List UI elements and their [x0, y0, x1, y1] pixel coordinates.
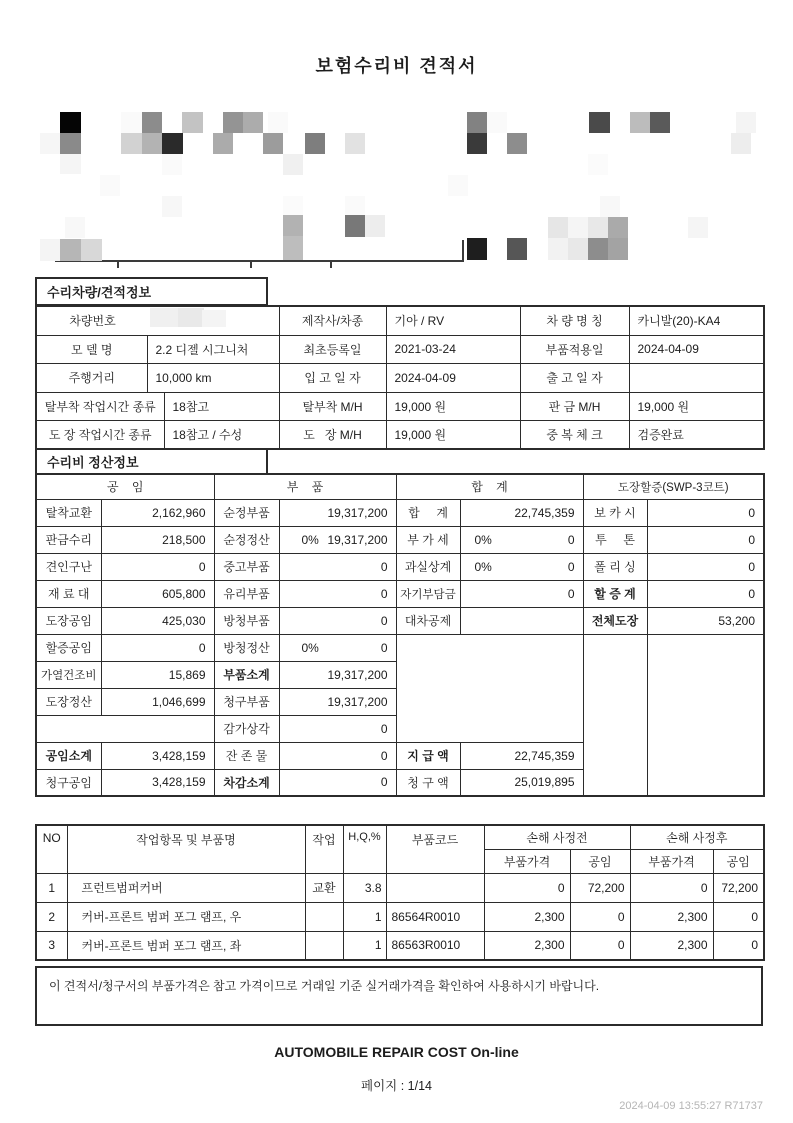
cell-item-name: 커버-프론트 범퍼 포그 램프, 좌: [67, 931, 305, 960]
table-row: NO 작업항목 및 부품명 작업 H,Q,% 부품코드 손해 사정전 손해 사정…: [36, 825, 764, 849]
cell-label: 입 고 일 자: [279, 363, 386, 392]
cell-value: 0: [647, 553, 764, 580]
table-row: 할증공임 0 방청정산 0%0: [36, 634, 764, 661]
cell-part-code: [386, 873, 484, 902]
table-row: 탈착교환 2,162,960 순정부품 19,317,200 합 계 22,74…: [36, 499, 764, 526]
column-header-hq: H,Q,%: [343, 825, 386, 873]
cell-value-text: 0: [568, 560, 575, 574]
cell-label-text: 차량번호: [37, 312, 148, 329]
merged-empty-cell: [647, 634, 764, 796]
merged-empty-cell: [396, 634, 583, 742]
redaction-block: [60, 239, 81, 261]
column-header-item: 작업항목 및 부품명: [67, 825, 305, 873]
redaction-block: [736, 112, 756, 133]
cell-label: 도 장 M/H: [279, 420, 386, 449]
redaction-block: [608, 217, 628, 238]
cell-work-type: 교환: [305, 873, 343, 902]
cell-label: 폴 리 싱: [583, 553, 647, 580]
cell-value: 0: [647, 499, 764, 526]
redaction-block: [283, 236, 303, 260]
column-header-part-price: 부품가격: [484, 849, 570, 873]
redaction-block: [630, 112, 650, 133]
cell-label: 도장공임: [36, 607, 101, 634]
cell-value: 218,500: [101, 526, 214, 553]
cell-part-code: 86564R0010: [386, 902, 484, 931]
redaction-block: [467, 133, 487, 154]
column-group-parts: 부 품: [214, 474, 396, 499]
brand-line: AUTOMOBILE REPAIR COST On-line: [0, 1044, 793, 1060]
page-number: 페이지 : 1/14: [0, 1076, 793, 1094]
cell-value: 0%0: [460, 553, 583, 580]
table-row: 도장공임 425,030 방청부품 0 대차공제 전체도장 53,200: [36, 607, 764, 634]
table-row: 견인구난 0 중고부품 0 과실상계 0%0 폴 리 싱 0: [36, 553, 764, 580]
redaction-line-tick: [330, 261, 332, 268]
redaction-block: [283, 215, 303, 236]
cell-no: 1: [36, 873, 67, 902]
redaction-block: [243, 112, 263, 133]
cell-label: 방청부품: [214, 607, 279, 634]
redaction-block: [467, 238, 487, 260]
redaction-block: [65, 217, 85, 238]
cell-value: 0: [279, 715, 396, 742]
redaction-block: [568, 217, 588, 238]
cell-value: 3,428,159: [101, 769, 214, 796]
cell-label: 재 료 대: [36, 580, 101, 607]
redaction-block: [345, 133, 365, 154]
cell-part-price-after: 0: [630, 873, 713, 902]
cell-label: 방청정산: [214, 634, 279, 661]
cell-labor-before: 0: [570, 931, 630, 960]
table-row: 2 커버-프론트 범퍼 포그 램프, 우 1 86564R0010 2,300 …: [36, 902, 764, 931]
cell-value: 15,869: [101, 661, 214, 688]
cell-value: 605,800: [101, 580, 214, 607]
cell-label: 탈부착 M/H: [279, 392, 386, 420]
redaction-block: [40, 133, 60, 154]
cell-work-type: [305, 931, 343, 960]
table-row: 주행거리 10,000 km 입 고 일 자 2024-04-09 출 고 일 …: [36, 363, 764, 392]
redaction-block: [263, 133, 283, 154]
cell-value: 2,162,960: [101, 499, 214, 526]
cell-value: 425,030: [101, 607, 214, 634]
cell-label: 출 고 일 자: [520, 363, 629, 392]
cell-label: 도 장 작업시간 종류: [36, 420, 164, 449]
column-header-work: 작업: [305, 825, 343, 873]
cell-value: 18참고: [164, 392, 279, 420]
redaction-block: [40, 239, 60, 261]
cell-label: 잔 존 물: [214, 742, 279, 769]
cell-value: 2024-04-09: [629, 335, 764, 363]
redaction-block: [162, 154, 182, 175]
cell-part-price-before: 2,300: [484, 931, 570, 960]
cell-item-name: 프런트범퍼커버: [67, 873, 305, 902]
cell-label: 차감소계: [214, 769, 279, 796]
cell-value: 카니발(20)-KA4: [629, 306, 764, 335]
redaction-block: [60, 112, 81, 133]
timestamp: 2024-04-09 13:55:27 R71737: [0, 1100, 763, 1112]
redaction-block: [202, 310, 226, 327]
cell-label: 최초등록일: [279, 335, 386, 363]
cell-value: 19,317,200: [279, 688, 396, 715]
percent-value: 0%: [475, 533, 492, 547]
redaction-block: [487, 112, 507, 133]
cell-label: 유리부품: [214, 580, 279, 607]
table-row: 모 델 명 2.2 디젤 시그니처 최초등록일 2021-03-24 부품적용일…: [36, 335, 764, 363]
cell-label: 차 량 명 칭: [520, 306, 629, 335]
redaction-block: [650, 112, 670, 133]
cell-label: 주행거리: [36, 363, 147, 392]
cell-value: 0: [647, 580, 764, 607]
redaction-block: [305, 133, 325, 154]
redaction-block: [345, 215, 365, 237]
redaction-block: [162, 133, 183, 154]
redaction-block: [548, 238, 568, 260]
table-row: 차량번호 제작사/차종 기아 / RV 차 량 명 칭 카니발(20)-KA4: [36, 306, 764, 335]
redaction-block: [121, 133, 142, 154]
cell-label: 중 복 체 크: [520, 420, 629, 449]
notice-text: 이 견적서/청구서의 부품가격은 참고 가격이므로 거래일 기준 실거래가격을 …: [49, 979, 599, 993]
cell-label: 부품소계: [214, 661, 279, 688]
redaction-block: [588, 154, 608, 175]
cell-label: 모 델 명: [36, 335, 147, 363]
cell-value-text: 0: [568, 533, 575, 547]
redaction-block: [608, 238, 628, 260]
cell-label: 공임소계: [36, 742, 101, 769]
cell-value: 0: [101, 553, 214, 580]
redaction-block: [223, 112, 243, 133]
cell-value: 2024-04-09: [386, 363, 520, 392]
table-row: 3 커버-프론트 범퍼 포그 램프, 좌 1 86563R0010 2,300 …: [36, 931, 764, 960]
cell-label: 견인구난: [36, 553, 101, 580]
cell-hq: 1: [343, 902, 386, 931]
cell-value: 22,745,359: [460, 499, 583, 526]
redaction-line-tick: [462, 240, 464, 262]
cell-labor-before: 0: [570, 902, 630, 931]
redaction-block: [150, 308, 180, 327]
column-header-labor: 공임: [713, 849, 764, 873]
table-row: 탈부착 작업시간 종류 18참고 탈부착 M/H 19,000 원 판 금 M/…: [36, 392, 764, 420]
cell-value-text: 19,317,200: [327, 533, 387, 547]
redaction-block: [268, 112, 288, 133]
cell-value: 0%0: [460, 526, 583, 553]
redaction-block: [213, 133, 233, 154]
redaction-block: [142, 112, 162, 133]
cell-value: 0: [460, 580, 583, 607]
column-header-no: NO: [36, 825, 67, 873]
table-row: 도 장 작업시간 종류 18참고 / 수성 도 장 M/H 19,000 원 중…: [36, 420, 764, 449]
redaction-block: [548, 217, 568, 238]
redaction-block: [283, 154, 303, 175]
estimate-document-page: 보험수리비 견적서 수리차량/견적정보 차량번호 제작사/차종 기아 / RV …: [0, 0, 793, 1123]
redaction-block: [142, 133, 162, 154]
cell-label: 대차공제: [396, 607, 460, 634]
cell-value: 0: [279, 742, 396, 769]
section-tab-vehicle-info: 수리차량/견적정보: [35, 277, 268, 306]
cell-value: 0: [279, 580, 396, 607]
cell-label: 순정정산: [214, 526, 279, 553]
cell-label: 감가상각: [214, 715, 279, 742]
cell-label: 순정부품: [214, 499, 279, 526]
table-row: 재 료 대 605,800 유리부품 0 자기부담금 0 할 증 계 0: [36, 580, 764, 607]
redaction-block: [588, 217, 608, 238]
cell-value: 기아 / RV: [386, 306, 520, 335]
cell-value: 0%0: [279, 634, 396, 661]
page-title: 보험수리비 견적서: [0, 52, 793, 78]
redaction-block: [60, 133, 81, 154]
cell-value: 0: [279, 553, 396, 580]
column-group-labor: 공 임: [36, 474, 214, 499]
cell-value: 2021-03-24: [386, 335, 520, 363]
redaction-block: [507, 238, 527, 260]
cell-value: 19,317,200: [279, 661, 396, 688]
cell-label: 판 금 M/H: [520, 392, 629, 420]
column-group-total: 합 계: [396, 474, 583, 499]
redaction-block: [60, 154, 81, 174]
cell-label: 중고부품: [214, 553, 279, 580]
redaction-block: [162, 196, 182, 217]
cell-value: 0: [279, 607, 396, 634]
cell-labor-after: 72,200: [713, 873, 764, 902]
redaction-line-tick: [117, 261, 119, 268]
cell-label: 보 카 시: [583, 499, 647, 526]
redaction-block: [121, 112, 142, 133]
redaction-block: [100, 175, 120, 196]
table-row: 1 프런트범퍼커버 교환 3.8 0 72,200 0 72,200: [36, 873, 764, 902]
cell-value: [629, 363, 764, 392]
settlement-table: 공 임 부 품 합 계 도장할증(SWP-3코트) 탈착교환 2,162,960…: [35, 473, 765, 797]
cell-part-price-before: 0: [484, 873, 570, 902]
redaction-block: [588, 238, 608, 260]
cell-part-price-after: 2,300: [630, 902, 713, 931]
redaction-line-tick: [250, 261, 252, 268]
redaction-block: [182, 112, 203, 133]
redaction-block: [283, 196, 303, 217]
cell-hq: 3.8: [343, 873, 386, 902]
percent-value: 0%: [302, 641, 319, 655]
cell-value: 2.2 디젤 시그니처: [147, 335, 279, 363]
cell-value: 10,000 km: [147, 363, 279, 392]
cell-value: 19,317,200: [279, 499, 396, 526]
redaction-block: [448, 175, 468, 196]
column-header-part-price: 부품가격: [630, 849, 713, 873]
cell-label: 할증공임: [36, 634, 101, 661]
redaction-block: [178, 308, 204, 327]
cell-value: 0%19,317,200: [279, 526, 396, 553]
cell-value: 19,000 원: [386, 420, 520, 449]
cell-value: 검증완료: [629, 420, 764, 449]
column-group-after-assessment: 손해 사정후: [630, 825, 764, 849]
redaction-block: [345, 196, 365, 217]
redaction-block: [81, 239, 102, 261]
cell-part-price-after: 2,300: [630, 931, 713, 960]
vehicle-info-table: 차량번호 제작사/차종 기아 / RV 차 량 명 칭 카니발(20)-KA4 …: [35, 305, 765, 450]
cell-value: 18참고 / 수성: [164, 420, 279, 449]
cell-label: 청구공임: [36, 769, 101, 796]
cell-part-code: 86563R0010: [386, 931, 484, 960]
redaction-block: [568, 238, 588, 260]
cell-value: 22,745,359: [460, 742, 583, 769]
redaction-block: [467, 112, 487, 133]
cell-label: 자기부담금: [396, 580, 460, 607]
cell-label: 할 증 계: [583, 580, 647, 607]
notice-box: 이 견적서/청구서의 부품가격은 참고 가격이므로 거래일 기준 실거래가격을 …: [35, 966, 763, 1026]
cell-label: 지 급 액: [396, 742, 460, 769]
merged-empty-cell: [583, 634, 647, 796]
cell-label: 과실상계: [396, 553, 460, 580]
redaction-block: [507, 133, 527, 154]
cell-label: 가열건조비: [36, 661, 101, 688]
cell-value: 0: [647, 526, 764, 553]
column-header-partcode: 부품코드: [386, 825, 484, 873]
merged-empty-cell: [36, 715, 214, 742]
cell-value-text: 0: [381, 641, 388, 655]
cell-work-type: [305, 902, 343, 931]
cell-value: 25,019,895: [460, 769, 583, 796]
cell-labor-after: 0: [713, 902, 764, 931]
cell-no: 3: [36, 931, 67, 960]
cell-value: 0: [279, 769, 396, 796]
redaction-block: [365, 215, 385, 237]
cell-value: 3,428,159: [101, 742, 214, 769]
cell-label: 부품적용일: [520, 335, 629, 363]
percent-value: 0%: [302, 533, 319, 547]
redaction-block: [600, 196, 620, 217]
cell-no: 2: [36, 902, 67, 931]
column-group-before-assessment: 손해 사정전: [484, 825, 630, 849]
cell-value: 0: [101, 634, 214, 661]
redaction-block: [688, 217, 708, 238]
table-row: 공 임 부 품 합 계 도장할증(SWP-3코트): [36, 474, 764, 499]
cell-item-name: 커버-프론트 범퍼 포그 램프, 우: [67, 902, 305, 931]
cell-label: 도장정산: [36, 688, 101, 715]
work-items-table: NO 작업항목 및 부품명 작업 H,Q,% 부품코드 손해 사정전 손해 사정…: [35, 824, 765, 961]
cell-value: 53,200: [647, 607, 764, 634]
cell-label: 탈부착 작업시간 종류: [36, 392, 164, 420]
cell-labor-after: 0: [713, 931, 764, 960]
cell-label: 제작사/차종: [279, 306, 386, 335]
cell-label: 합 계: [396, 499, 460, 526]
cell-label: 부 가 세: [396, 526, 460, 553]
percent-value: 0%: [475, 560, 492, 574]
cell-value: [460, 607, 583, 634]
redaction-block: [589, 112, 610, 133]
column-group-paint: 도장할증(SWP-3코트): [583, 474, 764, 499]
cell-value: 19,000 원: [386, 392, 520, 420]
cell-label: 전체도장: [583, 607, 647, 634]
cell-value: 1,046,699: [101, 688, 214, 715]
cell-label: 탈착교환: [36, 499, 101, 526]
cell-label: 투 톤: [583, 526, 647, 553]
cell-part-price-before: 2,300: [484, 902, 570, 931]
redaction-block: [731, 133, 751, 154]
cell-labor-before: 72,200: [570, 873, 630, 902]
table-row: 판금수리 218,500 순정정산 0%19,317,200 부 가 세 0%0…: [36, 526, 764, 553]
column-header-labor: 공임: [570, 849, 630, 873]
cell-label: 판금수리: [36, 526, 101, 553]
cell-label: 청구부품: [214, 688, 279, 715]
cell-hq: 1: [343, 931, 386, 960]
cell-label: 청 구 액: [396, 769, 460, 796]
cell-value: 19,000 원: [629, 392, 764, 420]
section-tab-settlement: 수리비 정산정보: [35, 448, 268, 475]
